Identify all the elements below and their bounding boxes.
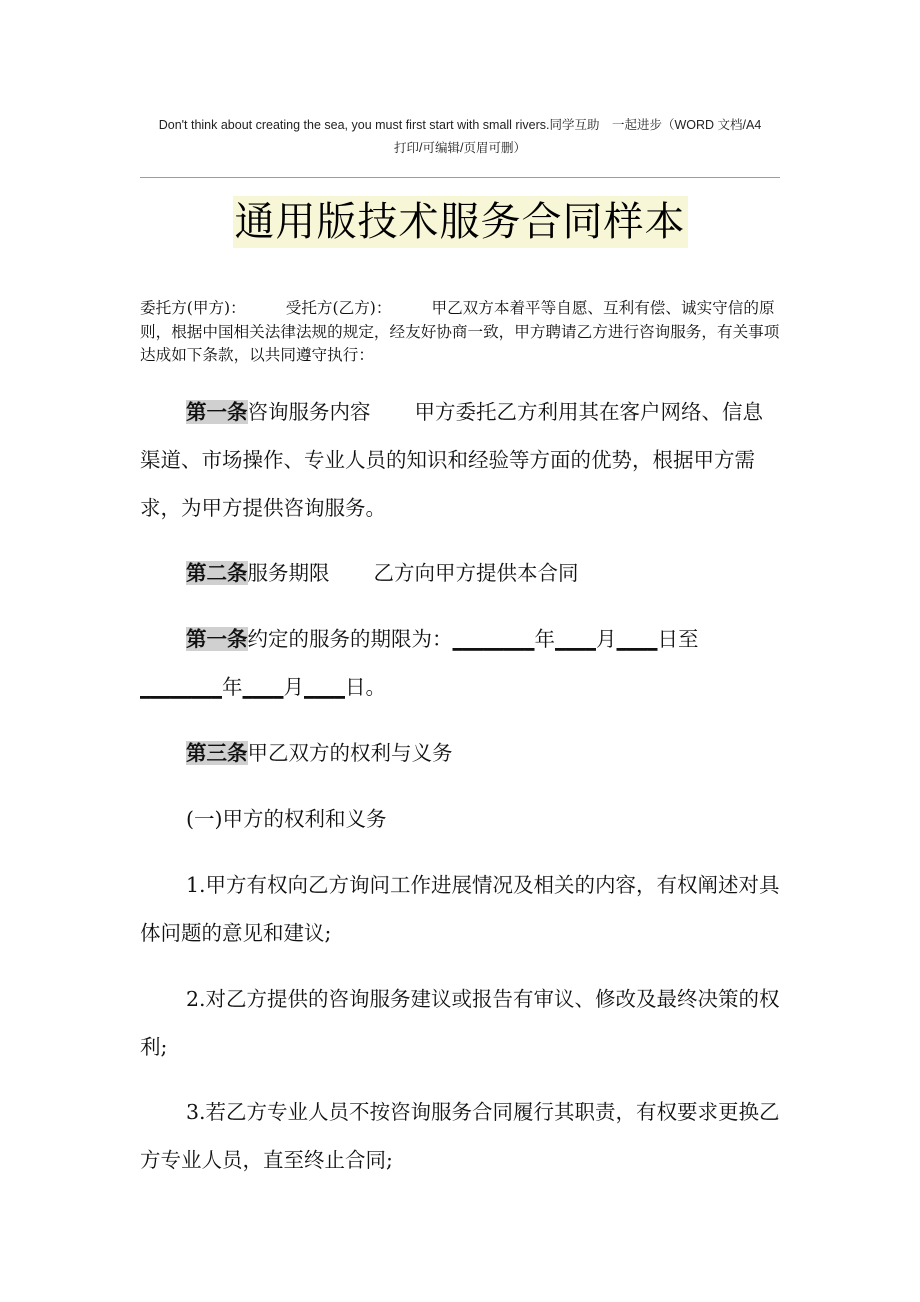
article-1: 第一条咨询服务内容甲方委托乙方利用其在客户网络、信息渠道、市场操作、专业人员的知…: [140, 388, 780, 532]
date-unit: 月: [596, 627, 617, 651]
article-heading: 服务期限: [248, 561, 330, 585]
list-item: 1.甲方有权向乙方询问工作进展情况及相关的内容，有权阐述对具体问题的意见和建议;: [140, 861, 780, 957]
party-a-label: 委托方(甲方)：: [140, 299, 246, 317]
list-item-text: 1.甲方有权向乙方询问工作进展情况及相关的内容，有权阐述对具体问题的意见和建议;: [140, 873, 780, 945]
list-item-text: 3.若乙方专业人员不按咨询服务合同履行其职责，有权要求更换乙方专业人员，直至终止…: [140, 1100, 780, 1172]
header-line-2: 打印/可编辑/页眉可删）: [140, 137, 780, 160]
article-3: 第三条甲乙双方的权利与义务: [140, 729, 780, 777]
date-unit: 日至: [658, 627, 699, 651]
article-label: 第二条: [186, 561, 248, 585]
header-line-1: Don't think about creating the sea, you …: [140, 114, 780, 137]
day-blank: ____: [304, 675, 345, 699]
list-item: 2.对乙方提供的咨询服务建议或报告有审议、修改及最终决策的权利;: [140, 975, 780, 1071]
article-label: 第一条: [186, 627, 248, 651]
list-item-text: 2.对乙方提供的咨询服务建议或报告有审议、修改及最终决策的权利;: [140, 987, 780, 1059]
document-title: 通用版技术服务合同样本: [233, 196, 688, 248]
date-unit: 年: [222, 675, 243, 699]
title-container: 通用版技术服务合同样本: [0, 196, 920, 248]
subsection-heading: (一)甲方的权利和义务: [140, 795, 780, 843]
header-divider: [140, 177, 780, 178]
subsection-text: (一)甲方的权利和义务: [186, 807, 387, 831]
list-item: 3.若乙方专业人员不按咨询服务合同履行其职责，有权要求更换乙方专业人员，直至终止…: [140, 1088, 780, 1184]
article-text: 约定的服务的期限为：: [248, 627, 453, 651]
article-heading: 咨询服务内容: [248, 400, 371, 424]
article-term: 第一条约定的服务的期限为：________年____月____日至_______…: [140, 615, 780, 711]
article-2: 第二条服务期限乙方向甲方提供本合同: [140, 549, 780, 597]
date-unit: 月: [284, 675, 305, 699]
month-blank: ____: [555, 627, 596, 651]
article-text: 乙方向甲方提供本合同: [374, 561, 579, 585]
date-unit: 年: [535, 627, 556, 651]
year-blank: ________: [140, 675, 222, 699]
article-label: 第一条: [186, 400, 248, 424]
intro-paragraph: 委托方(甲方)：受托方(乙方)：甲乙双方本着平等自愿、互利有偿、诚实守信的原则，…: [140, 297, 780, 368]
party-b-label: 受托方(乙方)：: [286, 299, 392, 317]
article-heading: 甲乙双方的权利与义务: [248, 741, 453, 765]
article-label: 第三条: [186, 741, 248, 765]
day-blank: ____: [617, 627, 658, 651]
date-unit: 日。: [345, 675, 386, 699]
month-blank: ____: [243, 675, 284, 699]
year-blank: ________: [453, 627, 535, 651]
page-header: Don't think about creating the sea, you …: [140, 114, 780, 160]
